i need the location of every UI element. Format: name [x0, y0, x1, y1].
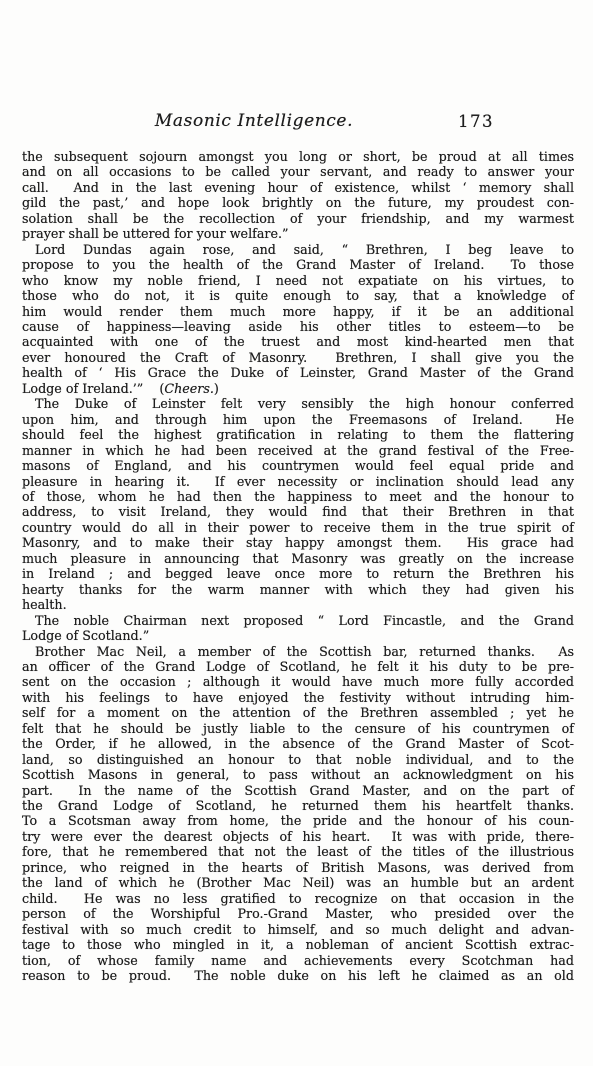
page-title: Masonic Intelligence.	[155, 111, 353, 131]
text-line: with his feelings to have enjoyed the fe…	[22, 690, 574, 705]
text-line: those who do not, it is quite enough to …	[22, 288, 574, 303]
text-line: upon him, and through him upon the Freem…	[22, 412, 574, 427]
text-line: Lodge of Ireland.’” (Cheers.)	[22, 381, 574, 396]
text-line: in Ireland ; and begged leave once more …	[22, 566, 574, 581]
text-line: cause of happiness—leaving aside his oth…	[22, 319, 574, 334]
text-line: prayer shall be uttered for your welfare…	[22, 226, 574, 241]
text-line: ever honoured the Craft of Masonry. Bret…	[22, 350, 574, 365]
page-number: 173	[458, 112, 494, 131]
text-line: and on all occasions to be called your s…	[22, 164, 574, 179]
text-line: the Grand Lodge of Scotland, he returned…	[22, 798, 574, 813]
text-line: self for a moment on the attention of th…	[22, 705, 574, 720]
paragraph-3: The Duke of Leinster felt very sensibly …	[22, 396, 574, 612]
text-line: much pleasure in announcing that Masonry…	[22, 551, 574, 566]
text-line: The Duke of Leinster felt very sensibly …	[22, 396, 574, 411]
text-line: acquainted with one of the truest and mo…	[22, 334, 574, 349]
text-line: fore, that he remembered that not the le…	[22, 844, 574, 859]
text-line: prince, who reigned in the hearts of Bri…	[22, 860, 574, 875]
text-line: part. In the name of the Scottish Grand …	[22, 783, 574, 798]
text-line: health.	[22, 597, 574, 612]
text-line: Brother Mac Neil, a member of the Scotti…	[22, 644, 574, 659]
text-line: masons of England, and his countrymen wo…	[22, 458, 574, 473]
text-line: pleasure in hearing it. If ever necessit…	[22, 474, 574, 489]
paragraph-2: Lord Dundas again rose, and said, “ Bret…	[22, 242, 574, 397]
text-line: gild the past,’ and hope look brightly o…	[22, 195, 574, 210]
text-line: Scottish Masons in general, to pass with…	[22, 767, 574, 782]
running-header: Masonic Intelligence. 173	[0, 111, 593, 137]
text-line: The noble Chairman next proposed “ Lord …	[22, 613, 574, 628]
text-line: who know my noble friend, I need not exp…	[22, 273, 574, 288]
scanned-book-page: Masonic Intelligence. 173 the subsequent…	[0, 0, 593, 1066]
text-line: the Order, if he allowed, in the absence…	[22, 736, 574, 751]
text-line: manner in which he had been received at …	[22, 443, 574, 458]
text-line: tion, of whose family name and achieveme…	[22, 953, 574, 968]
text-line: reason to be proud. The noble duke on hi…	[22, 968, 574, 983]
text-line: try were ever the dearest objects of his…	[22, 829, 574, 844]
text-line: Lord Dundas again rose, and said, “ Bret…	[22, 242, 574, 257]
text-line: should feel the highest gratification in…	[22, 427, 574, 442]
text-line: sent on the occasion ; although it would…	[22, 674, 574, 689]
text-line: Lodge of Scotland.”	[22, 628, 574, 643]
text-line: call. And in the last evening hour of ex…	[22, 180, 574, 195]
text-line: child. He was no less gratified to recog…	[22, 891, 574, 906]
paragraph-1: the subsequent sojourn amongst you long …	[22, 149, 574, 242]
text-line: an officer of the Grand Lodge of Scotlan…	[22, 659, 574, 674]
text-line: felt that he should be justly liable to …	[22, 721, 574, 736]
scan-speck	[500, 289, 503, 292]
paragraph-4: The noble Chairman next proposed “ Lord …	[22, 613, 574, 644]
text-line: Masonry, and to make their stay happy am…	[22, 535, 574, 550]
text-line: address, to visit Ireland, they would fi…	[22, 504, 574, 519]
body-text: the subsequent sojourn amongst you long …	[22, 149, 574, 983]
text-line: festival with so much credit to himself,…	[22, 922, 574, 937]
text-line: the subsequent sojourn amongst you long …	[22, 149, 574, 164]
text-line: propose to you the health of the Grand M…	[22, 257, 574, 272]
paragraph-5: Brother Mac Neil, a member of the Scotti…	[22, 644, 574, 984]
text-line: health of ‘ His Grace the Duke of Leinst…	[22, 365, 574, 380]
text-line: person of the Worshipful Pro.-Grand Mast…	[22, 906, 574, 921]
text-line: country would do all in their power to r…	[22, 520, 574, 535]
text-line: land, so distinguished an honour to that…	[22, 752, 574, 767]
text-line: hearty thanks for the warm manner with w…	[22, 582, 574, 597]
text-line: the land of which he (Brother Mac Neil) …	[22, 875, 574, 890]
text-line: solation shall be the recollection of yo…	[22, 211, 574, 226]
text-line: him would render them much more happy, i…	[22, 304, 574, 319]
text-line: To a Scotsman away from home, the pride …	[22, 813, 574, 828]
text-line: tage to those who mingled in it, a noble…	[22, 937, 574, 952]
text-line: of those, whom he had then the happiness…	[22, 489, 574, 504]
